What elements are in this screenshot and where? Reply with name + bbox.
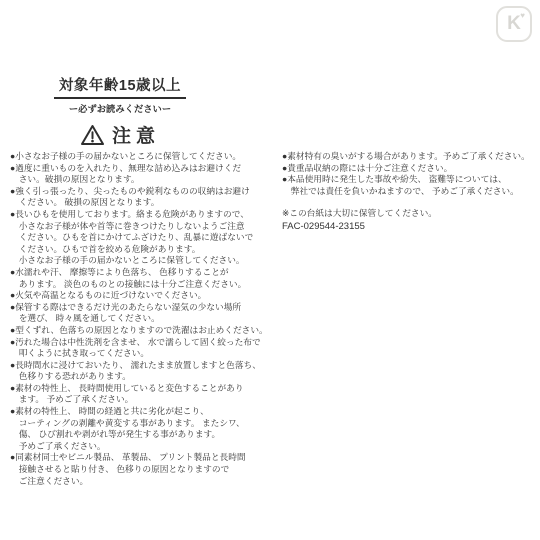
- warning-item: ●貴重品収納の際には十分ご注意ください。: [282, 163, 539, 175]
- warning-item: ●火気や高温となるものに近づけないでください。: [10, 290, 282, 302]
- warning-item: ●同素材同士やビニル製品、 革製品、 プリント製品と長時間 接触させると貼り付き…: [10, 452, 282, 487]
- warning-item: ●強く引っ張ったり、尖ったものや鋭利なものの収納はお避け ください。 破損の原因…: [10, 186, 282, 209]
- warning-item: ●過度に重いものを入れたり、無理な詰め込みはお避けくだ さい。破損の原因となりま…: [10, 163, 282, 186]
- warning-item: ●汚れた場合は中性洗剤を含ませ、 水で濡らして固く絞った布で 叩くように拭き取っ…: [10, 337, 282, 360]
- read-notice: ー必ずお読みくださいー: [0, 101, 240, 115]
- warning-item: ●本品使用時に発生した事故や紛失、 盗難等については、 弊社では責任を負いかねま…: [282, 174, 539, 197]
- warning-item: ●長時間水に浸けておいたり、 濡れたまま放置しますと色落ち、 色移りする恐れがあ…: [10, 360, 282, 383]
- keep-card-note: ※この台紙は大切に保管してください。: [282, 208, 539, 220]
- warning-item: ●素材の特性上、 時間の経過と共に劣化が起こり、 コーティングの剥離や黄変する事…: [10, 406, 282, 452]
- warning-triangle-icon: [80, 124, 105, 146]
- heart-icon: ♥: [520, 12, 525, 20]
- warning-item: ●型くずれ、色落ちの原因となりますので洗濯はお止めください。: [10, 325, 282, 337]
- product-code: FAC-029544-23155: [282, 221, 539, 233]
- warning-item: ●保管する際はできるだけ光のあたらない湿気の少ない場所 を選び、 時々風を通して…: [10, 302, 282, 325]
- caution-card: K ♥ 対象年齢15歳以上 ー必ずお読みくださいー 注意 ●小さなお子様の手の届…: [0, 0, 540, 540]
- warning-item: ●水濡れや汗、 摩擦等により色落ち、 色移りすることが あります。 淡色のものと…: [10, 267, 282, 290]
- warning-item: ●素材の特性上、 長時間使用していると変色することがあり ます。 予めご了承くだ…: [10, 383, 282, 406]
- warning-item: ●長いひもを使用しております。絡まる危険がありますので、 小さなお子様が体や首等…: [10, 209, 282, 267]
- warning-item: ●小さなお子様の手の届かないところに保管してください。: [10, 151, 282, 163]
- age-restriction-title: 対象年齢15歳以上: [54, 74, 186, 99]
- brand-logo: K ♥: [496, 6, 532, 42]
- brand-logo-letter: K: [498, 14, 530, 33]
- warnings-column-right: ●素材特有の臭いがする場合があります。予めご了承ください。 ●貴重品収納の際には…: [282, 151, 539, 233]
- caution-heading: 注意: [0, 121, 240, 148]
- caution-title: 注意: [112, 121, 160, 148]
- warning-item: ●素材特有の臭いがする場合があります。予めご了承ください。: [282, 151, 539, 163]
- header: 対象年齢15歳以上 ー必ずお読みくださいー 注意: [0, 74, 240, 148]
- warnings-column-left: ●小さなお子様の手の届かないところに保管してください。 ●過度に重いものを入れた…: [10, 151, 282, 487]
